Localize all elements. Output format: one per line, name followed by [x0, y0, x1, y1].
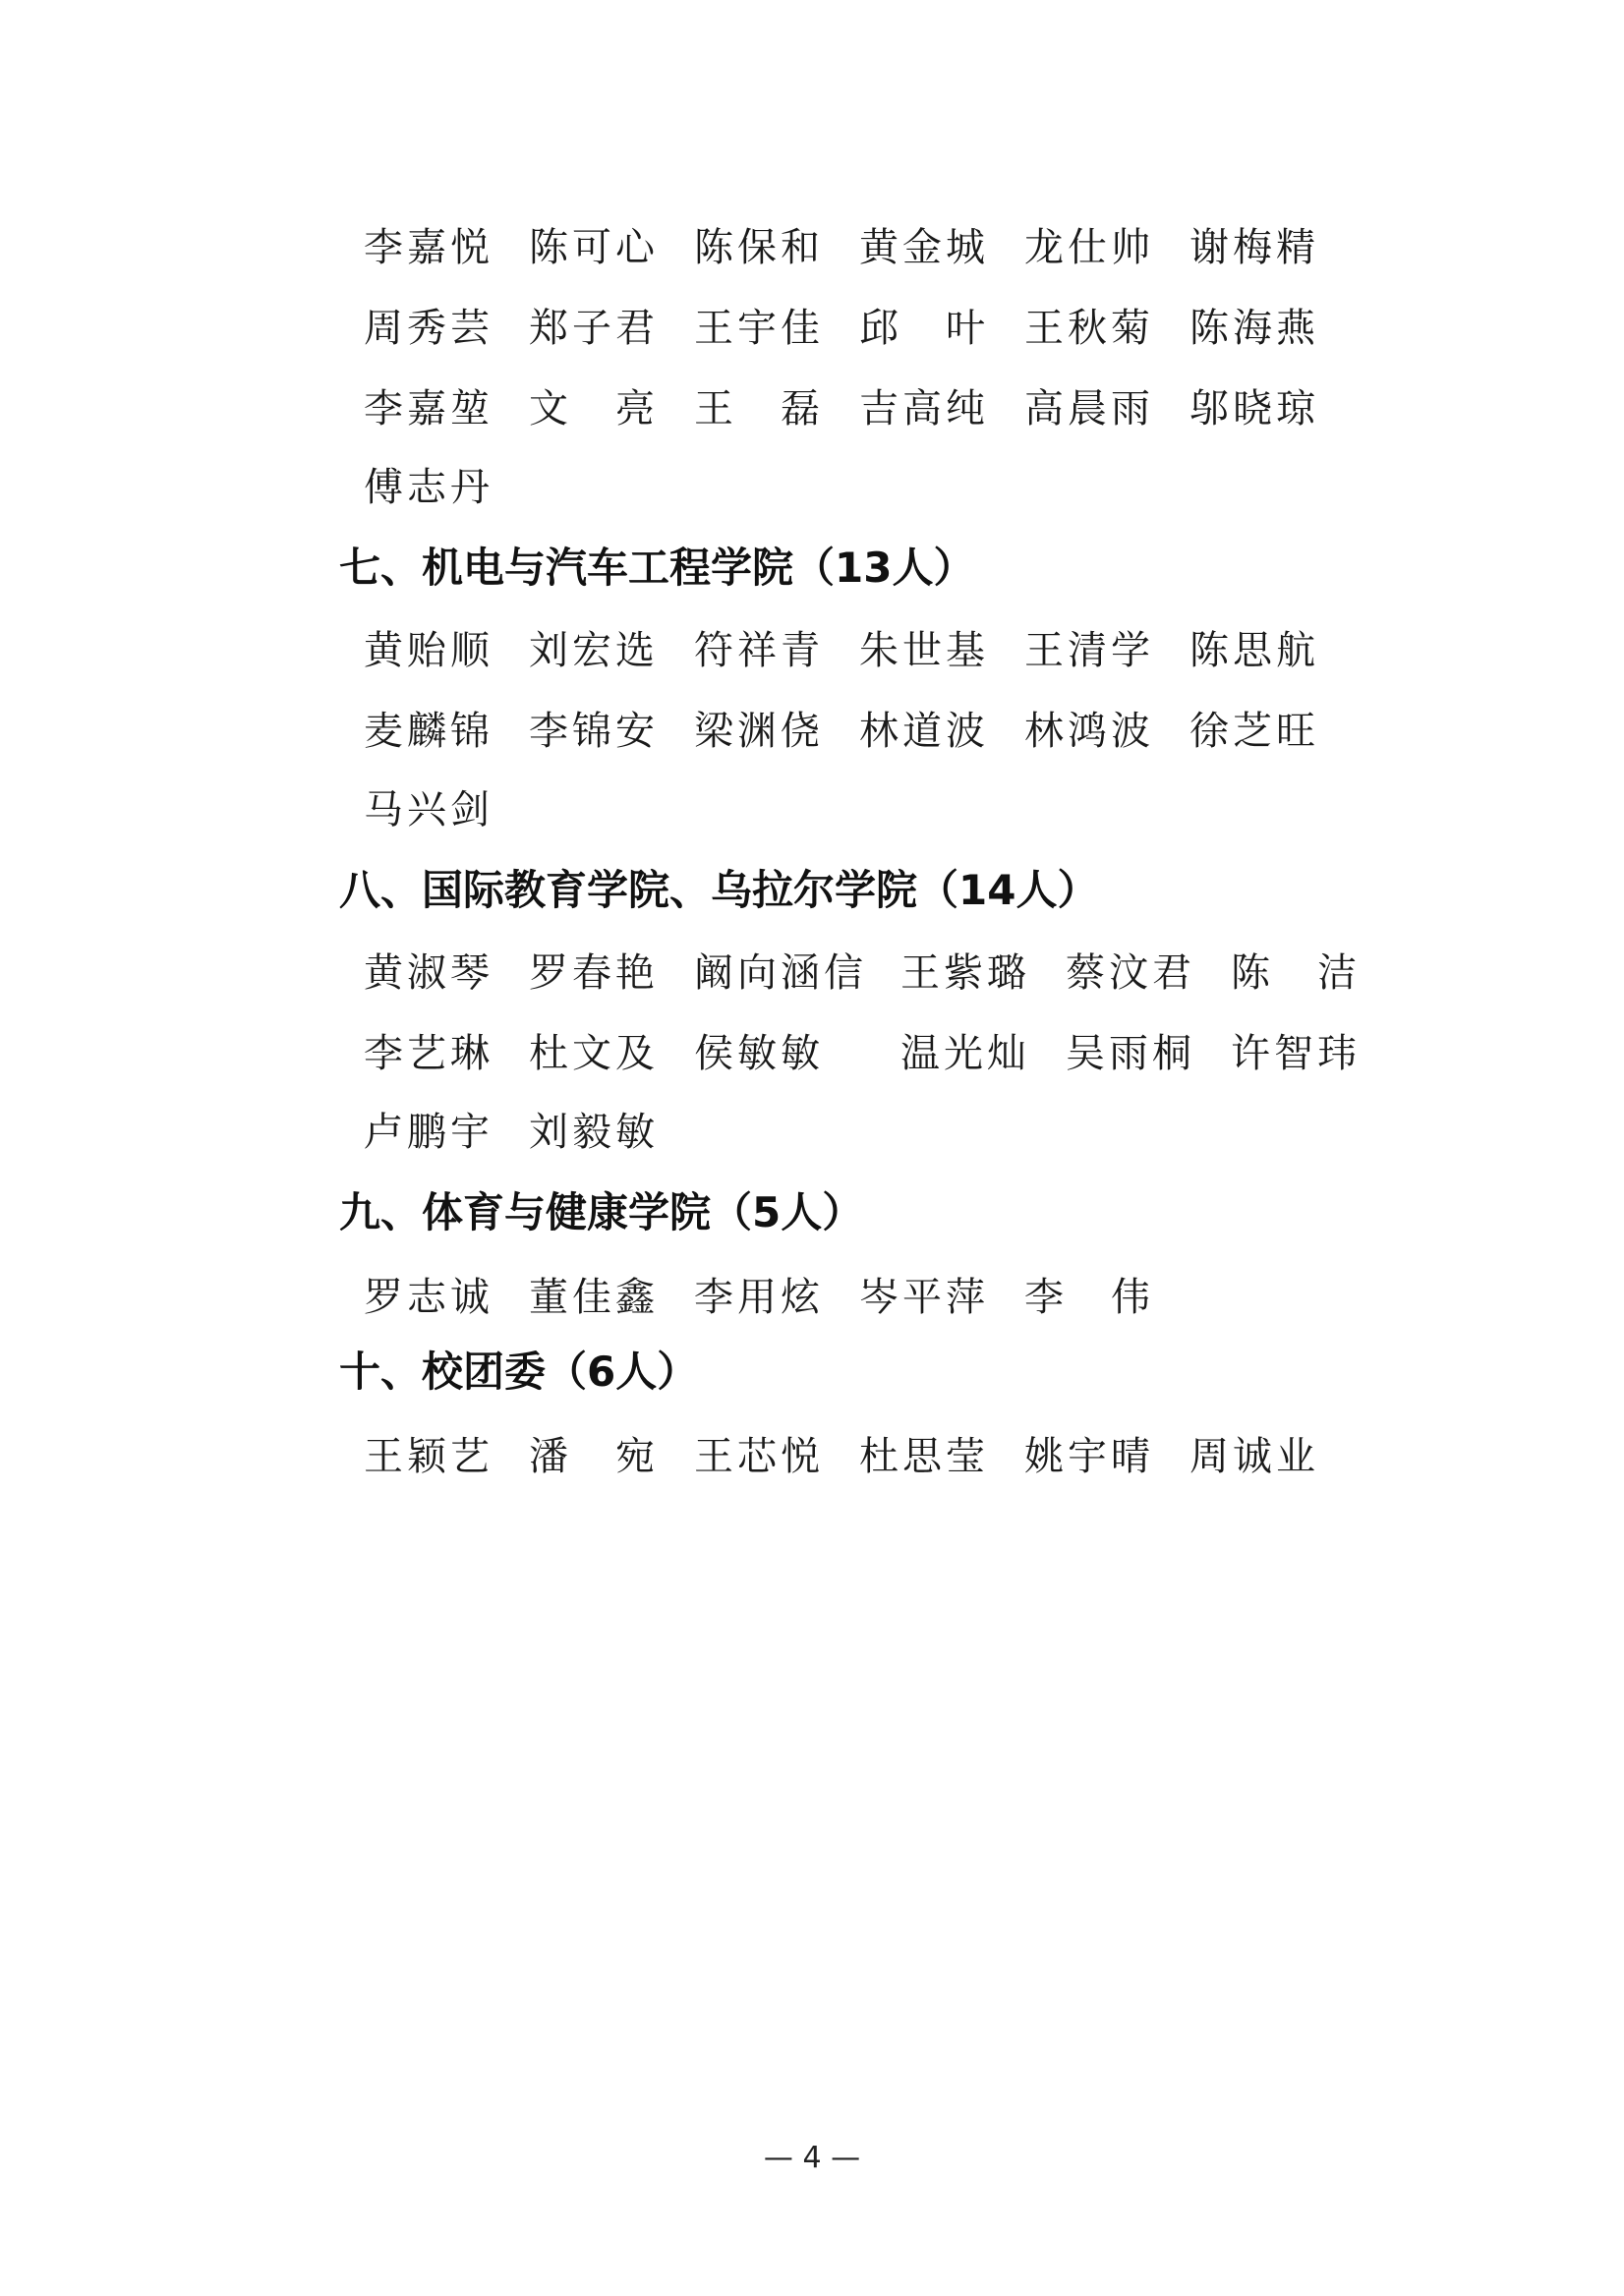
name-entry: 潘 宛 — [529, 1427, 659, 1486]
name-entry: 林道波 — [859, 702, 989, 761]
name-entry: 郑子君 — [529, 299, 659, 358]
name-entry: 吉高纯 — [859, 379, 989, 438]
name-entry: 高晨雨 — [1024, 379, 1154, 438]
name-entry: 马兴剑 — [364, 780, 493, 839]
name-entry: 姚宇晴 — [1024, 1427, 1154, 1486]
name-entry: 黄金城 — [859, 218, 989, 277]
name-entry: 王清学 — [1024, 621, 1154, 680]
name-entry: 罗志诚 — [364, 1268, 493, 1327]
name-entry: 侯敏敏 — [694, 1024, 824, 1083]
section-heading: 七、机电与汽车工程学院（13人） — [339, 539, 974, 598]
name-entry: 谢梅精 — [1189, 218, 1319, 277]
name-entry: 李嘉悦 — [364, 218, 493, 277]
name-entry: 林鸿波 — [1024, 702, 1154, 761]
section-heading: 九、体育与健康学院（5人） — [339, 1183, 863, 1242]
name-entry: 刘宏选 — [529, 621, 659, 680]
section-heading: 八、国际教育学院、乌拉尔学院（14人） — [339, 861, 1098, 920]
name-entry: 陈 洁 — [1231, 944, 1361, 1003]
name-entry: 文 亮 — [529, 379, 659, 438]
name-entry: 杜文及 — [529, 1024, 659, 1083]
name-entry: 李嘉堃 — [364, 379, 493, 438]
name-entry: 陈保和 — [694, 218, 824, 277]
name-entry: 梁渊侥 — [694, 702, 824, 761]
name-entry: 邱 叶 — [859, 299, 989, 358]
name-entry: 朱世基 — [859, 621, 989, 680]
name-entry: 罗春艳 — [529, 944, 659, 1003]
name-entry: 邬晓琼 — [1189, 379, 1319, 438]
name-entry: 王 磊 — [694, 379, 824, 438]
name-entry: 王宇佳 — [694, 299, 824, 358]
name-entry: 傅志丹 — [364, 458, 493, 517]
name-entry: 陈思航 — [1189, 621, 1319, 680]
name-entry: 李 伟 — [1024, 1268, 1154, 1327]
name-entry: 杜思莹 — [859, 1427, 989, 1486]
name-entry: 周诚业 — [1189, 1427, 1319, 1486]
name-entry: 王颖艺 — [364, 1427, 493, 1486]
name-entry: 陈可心 — [529, 218, 659, 277]
name-entry: 卢鹏宇 — [364, 1103, 493, 1162]
name-entry: 许智玮 — [1231, 1024, 1361, 1083]
name-entry: 李艺琳 — [364, 1024, 493, 1083]
name-entry: 王秋菊 — [1024, 299, 1154, 358]
name-entry: 龙仕帅 — [1024, 218, 1154, 277]
name-entry: 李用炫 — [694, 1268, 824, 1327]
page-number: — 4 — — [0, 2141, 1624, 2175]
name-entry: 王芯悦 — [694, 1427, 824, 1486]
name-entry: 陈海燕 — [1189, 299, 1319, 358]
name-entry: 蔡汶君 — [1066, 944, 1195, 1003]
name-entry: 温光灿 — [900, 1024, 1030, 1083]
document-page: 李嘉悦 陈可心 陈保和 黄金城 龙仕帅 谢梅精 周秀芸 郑子君 王宇佳 邱 叶 … — [0, 0, 1624, 2296]
name-entry: 董佳鑫 — [529, 1268, 659, 1327]
name-entry: 阚向涵信 — [694, 944, 867, 1003]
name-entry: 王紫璐 — [900, 944, 1030, 1003]
name-entry: 黄贻顺 — [364, 621, 493, 680]
name-entry: 符祥青 — [694, 621, 824, 680]
name-entry: 吴雨桐 — [1066, 1024, 1195, 1083]
name-entry: 黄淑琴 — [364, 944, 493, 1003]
name-entry: 李锦安 — [529, 702, 659, 761]
name-entry: 刘毅敏 — [529, 1103, 659, 1162]
name-entry: 周秀芸 — [364, 299, 493, 358]
name-entry: 徐芝旺 — [1189, 702, 1319, 761]
name-entry: 麦麟锦 — [364, 702, 493, 761]
section-heading: 十、校团委（6人） — [339, 1343, 698, 1402]
name-entry: 岑平萍 — [859, 1268, 989, 1327]
